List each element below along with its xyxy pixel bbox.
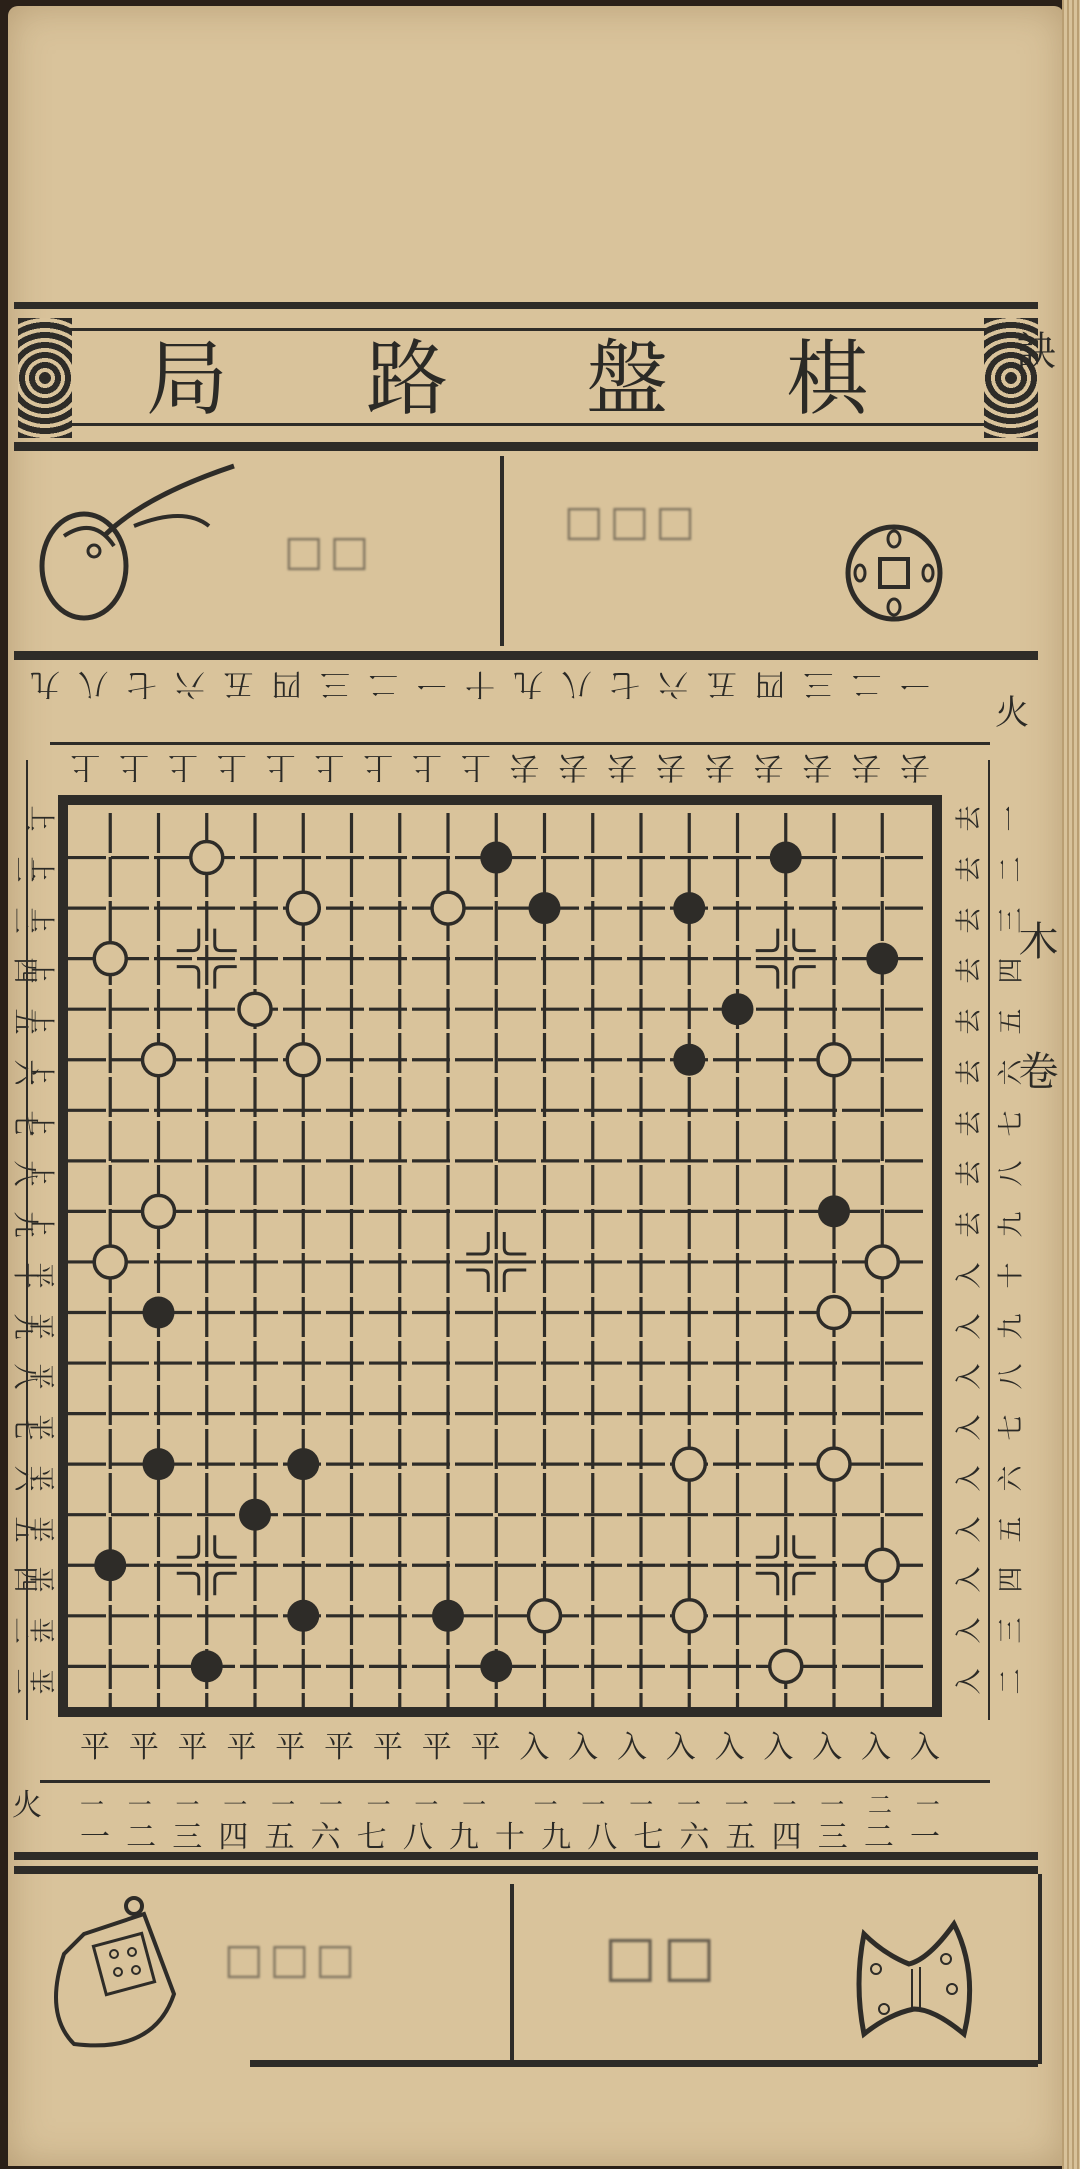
corner-mark-top-right: 火 — [995, 685, 1029, 734]
bone-shaped-ornament-icon — [854, 1914, 984, 2054]
bottom-left-faded-text: □□□ — [224, 1934, 361, 1983]
left-tone-labels: 上上上上上上上上上平平平平平平平平平 — [30, 800, 56, 1700]
bottom-panel: □□□ □□ — [14, 1874, 1038, 2074]
top-label-separator — [50, 742, 990, 745]
title-band: 局 路 盤 棋 — [18, 318, 1038, 438]
margin-char-2: 木 — [1007, 920, 1064, 960]
page-edge — [1062, 0, 1080, 2169]
top-panel: □□ □□□ — [14, 451, 1038, 651]
title-char-3: 盤 — [586, 339, 668, 421]
title-char-4: 棋 — [786, 339, 868, 421]
bottom-right-faded-text: □□ — [604, 1924, 722, 1989]
top-outer-number-labels: 一二三四五六七八九十一二三四五六七八九 — [30, 665, 930, 709]
board-bottom-rule-2 — [14, 1866, 1038, 1874]
coin-icon — [834, 513, 954, 633]
top-tone-labels: 去去去去去去去去去上上上上上上上上上 — [70, 748, 930, 792]
bottom-panel-divider — [510, 1884, 514, 2064]
title-bottom-rule — [14, 442, 1038, 451]
bottom-panel-rule — [250, 2060, 1038, 2067]
board-top-rule — [14, 651, 1038, 660]
bird-and-ring-icon — [34, 456, 254, 636]
right-tone-labels: 去去去去去去去去去入入入入入入入入入 — [950, 800, 984, 1700]
board-bottom-rule — [14, 1852, 1038, 1860]
title-char-1: 局 — [146, 339, 228, 421]
left-ornament-icon — [18, 318, 72, 438]
title-char-2: 路 — [366, 339, 448, 421]
margin-char-3: 卷 — [1007, 1050, 1064, 1090]
bag-pouch-icon — [34, 1894, 204, 2074]
margin-char-1: 訣 — [1005, 330, 1062, 370]
top-right-faded-text: □□□ — [564, 496, 701, 545]
corner-mark-bottom-left: 火 — [12, 1780, 42, 1824]
top-left-faded-text: □□ — [284, 526, 375, 575]
bottom-tone-labels: 平平平平平平平平平入入入入入入入入入 — [80, 1722, 940, 1766]
bottom-label-separator — [40, 1780, 990, 1783]
bottom-panel-right-border — [1038, 1874, 1042, 2064]
bottom-number-labels: 一二三四五六七八九十九八七六五四三二一 — [80, 1812, 940, 1856]
top-rule — [14, 302, 1038, 309]
go-board-frame — [58, 795, 942, 1717]
top-panel-divider — [500, 456, 504, 646]
title-box: 局 路 盤 棋 — [66, 328, 986, 426]
